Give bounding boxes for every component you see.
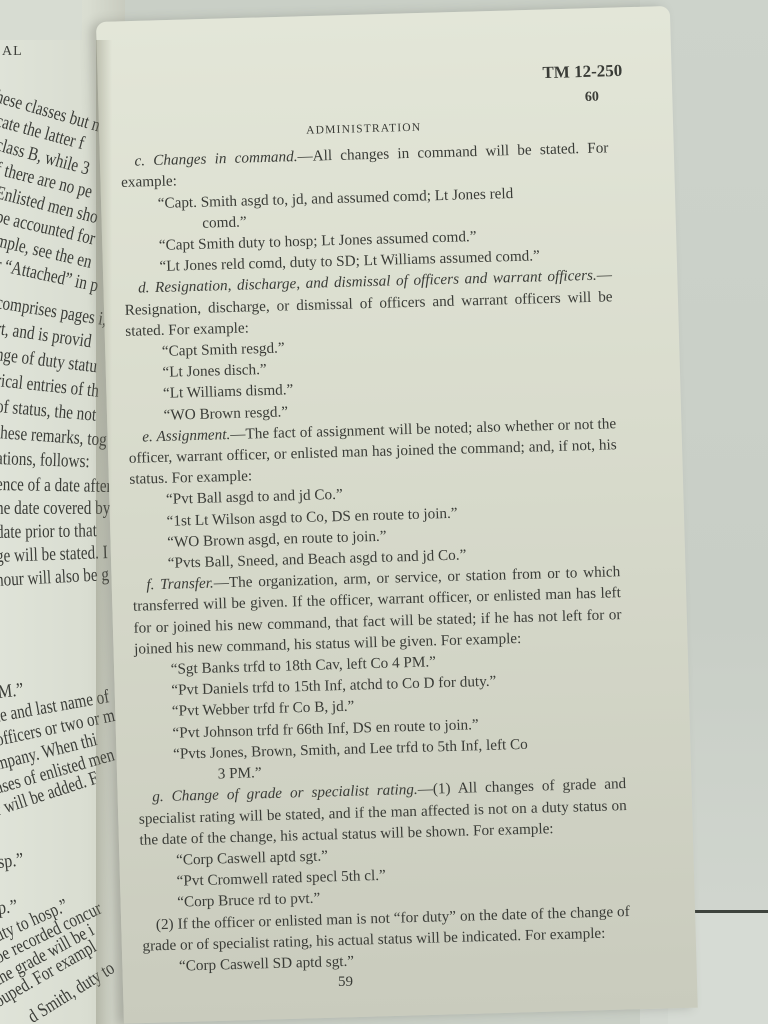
left-page-line: date prior to that xyxy=(0,520,97,544)
left-page-line: M.” xyxy=(0,679,25,704)
document-id: TM 12-250 xyxy=(542,60,622,83)
left-page-line: ations, follows: xyxy=(0,448,90,473)
document-page-number: 60 xyxy=(585,87,600,109)
left-page-top-strip xyxy=(0,0,82,40)
left-page-line: sp.” xyxy=(0,849,25,874)
section-f-heading: f. Transfer. xyxy=(146,575,214,594)
left-page-header-fragment: AL xyxy=(2,44,23,60)
section-g-heading: g. Change of grade or specialist rating. xyxy=(152,781,418,805)
left-page-line: hour will also be g xyxy=(0,564,110,592)
gutter-shadow xyxy=(96,40,112,1024)
section-e-heading: e. Assignment. xyxy=(142,426,230,445)
section-c-heading: c. Changes in command. xyxy=(134,148,297,170)
right-page-content: TM 12-250 60 ADMINISTRATION c. Changes i… xyxy=(118,56,631,977)
page-folio: 59 xyxy=(338,974,353,991)
section-f: f. Transfer.—The organization, arm, or s… xyxy=(132,561,622,659)
